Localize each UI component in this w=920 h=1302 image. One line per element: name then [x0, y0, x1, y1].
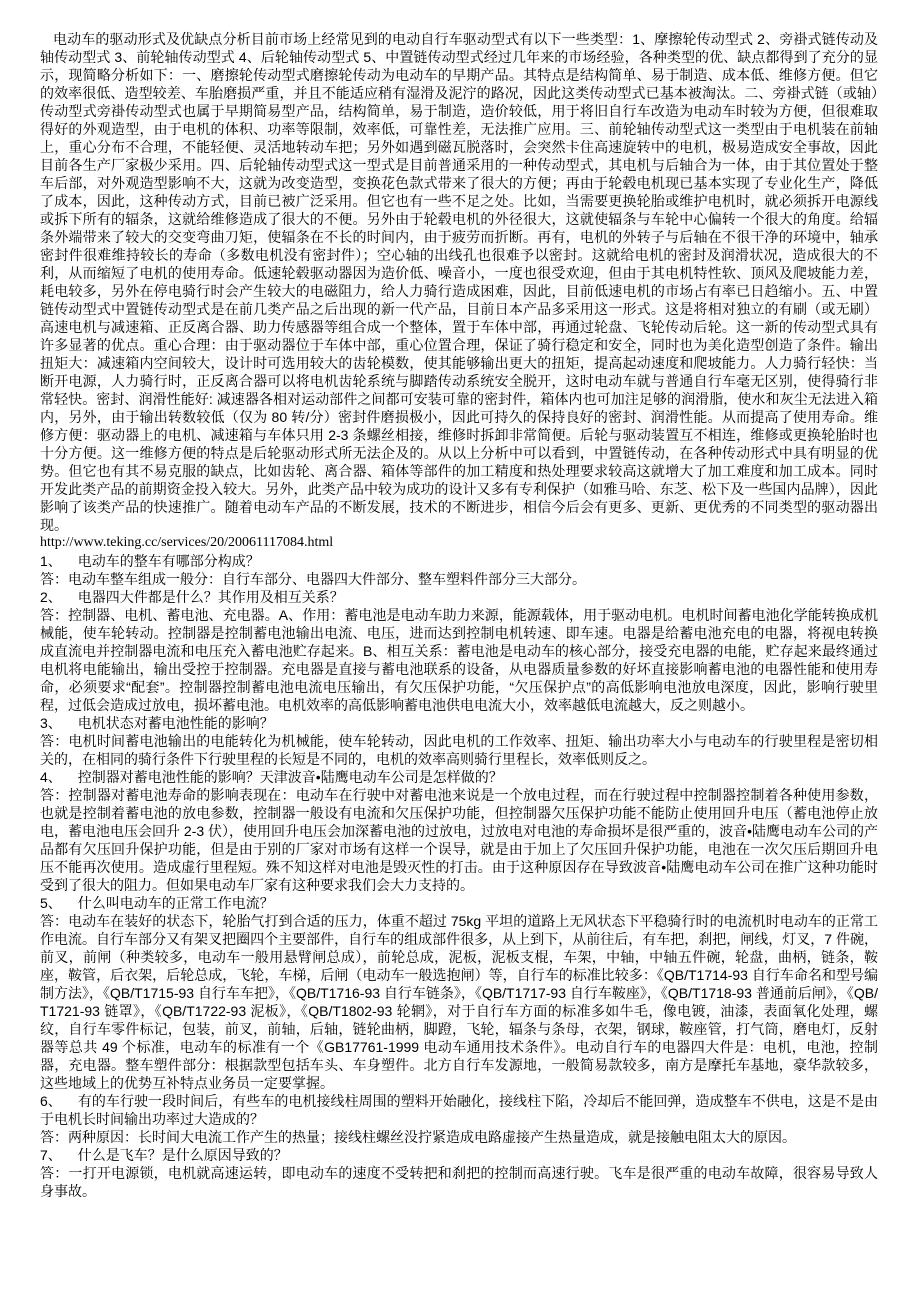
answer-5: 答：电动车在装好的状态下，轮胎气打到合适的压力，体重不超过 75kg 平坦的道路…: [40, 912, 878, 1092]
answer-3: 答：电机时间蓄电池输出的电能转化为机械能，使车轮转动，因此电机的工作效率、扭矩、…: [40, 732, 878, 768]
question-4: 4、控制器对蓄电池性能的影响？天津波音•陆鹰电动车公司是怎样做的？: [40, 768, 878, 786]
question-1: 1、电动车的整车有哪部分构成？: [40, 552, 878, 570]
question-3-number: 3、: [40, 714, 62, 732]
question-1-text: 电动车的整车有哪部分构成？: [78, 553, 260, 569]
answer-6: 答：两种原因：长时间大电流工作产生的热量；接线柱螺丝没拧紧造成电路虚接产生热量造…: [40, 1128, 878, 1146]
document-page: 电动车的驱动形式及优缺点分析目前市场上经常见到的电动自行车驱动型式有以下一些类型…: [0, 0, 920, 1302]
source-url: http://www.teking.cc/services/20/2006111…: [40, 534, 878, 552]
question-5-number: 5、: [40, 894, 62, 912]
body-paragraph: 电动车的驱动形式及优缺点分析目前市场上经常见到的电动自行车驱动型式有以下一些类型…: [40, 30, 878, 534]
question-2-number: 2、: [40, 588, 62, 606]
question-6-text: 有的车行驶一段时间后，有些车的电机接线柱周围的塑料开始融化，接线柱下陷，冷却后不…: [40, 1093, 878, 1127]
question-3: 3、电机状态对蓄电池性能的影响？: [40, 714, 878, 732]
question-5-text: 什么叫电动车的正常工作电流？: [78, 895, 274, 911]
question-2-text: 电器四大件都是什么？其作用及相互关系？: [78, 589, 344, 605]
question-5: 5、什么叫电动车的正常工作电流？: [40, 894, 878, 912]
question-7-number: 7、: [40, 1146, 62, 1164]
question-1-number: 1、: [40, 552, 62, 570]
answer-2: 答：控制器、电机、蓄电池、充电器。A、作用：蓄电池是电动车助力来源，能源载体，用…: [40, 606, 878, 714]
question-3-text: 电机状态对蓄电池性能的影响？: [78, 715, 274, 731]
question-4-text: 控制器对蓄电池性能的影响？天津波音•陆鹰电动车公司是怎样做的？: [78, 769, 503, 785]
question-7: 7、什么是飞车？是什么原因导致的？: [40, 1146, 878, 1164]
question-7-text: 什么是飞车？是什么原因导致的？: [78, 1147, 288, 1163]
answer-7: 答：一打开电源锁，电机就高速运转，即电动车的速度不受转把和刹把的控制而高速行驶。…: [40, 1164, 878, 1200]
answer-1: 答：电动车整车组成一般分：自行车部分、电器四大件部分、整车塑料件部分三大部分。: [40, 570, 878, 588]
question-6-number: 6、: [40, 1092, 62, 1110]
question-4-number: 4、: [40, 768, 62, 786]
question-6: 6、有的车行驶一段时间后，有些车的电机接线柱周围的塑料开始融化，接线柱下陷，冷却…: [40, 1092, 878, 1128]
question-2: 2、电器四大件都是什么？其作用及相互关系？: [40, 588, 878, 606]
answer-4: 答：控制器对蓄电池寿命的影响表现在：电动车在行驶中对蓄电池来说是一个放电过程，而…: [40, 786, 878, 894]
